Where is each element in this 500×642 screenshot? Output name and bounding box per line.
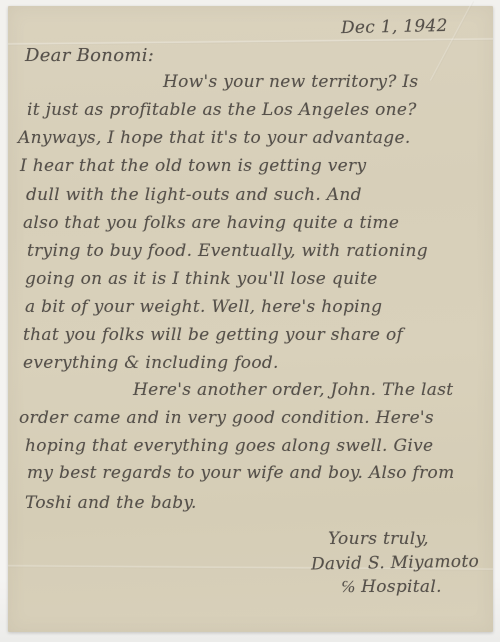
letter-line: Anyways, I hope that it's to your advant…: [18, 130, 411, 147]
letter-line: it just as profitable as the Los Angeles…: [27, 102, 417, 119]
scanned-letter-page: Dec 1, 1942 Dear Bonomi: How's your new …: [0, 0, 500, 642]
letter-line: I hear that the old town is getting very: [20, 158, 366, 175]
letter-signature: David S. Miyamoto: [311, 554, 479, 574]
letter-line: everything & including food.: [23, 355, 279, 372]
letter-line: Toshi and the baby.: [25, 495, 197, 512]
letter-paper: Dec 1, 1942 Dear Bonomi: How's your new …: [8, 6, 493, 632]
letter-line: hoping that everything goes along swell.…: [25, 438, 433, 455]
letter-closing: Yours truly,: [328, 531, 429, 548]
letter-line: that you folks will be getting your shar…: [23, 327, 403, 344]
letter-line: dull with the light-outs and such. And: [26, 187, 362, 204]
letter-line: also that you folks are having quite a t…: [23, 215, 399, 232]
letter-line: my best regards to your wife and boy. Al…: [27, 465, 455, 482]
letter-date: Dec 1, 1942: [341, 18, 448, 37]
letter-salutation: Dear Bonomi:: [25, 47, 154, 65]
letter-line: trying to buy food. Eventually, with rat…: [27, 243, 428, 260]
letter-line: Here's another order, John. The last: [133, 382, 453, 399]
letter-line: order came and in very good condition. H…: [19, 410, 434, 427]
letter-line: How's your new territory? Is: [163, 74, 418, 91]
letter-signature-org: ℅ Hospital.: [341, 579, 442, 596]
letter-line: going on as it is I think you'll lose qu…: [25, 271, 378, 288]
letter-line: a bit of your weight. Well, here's hopin…: [25, 299, 382, 316]
